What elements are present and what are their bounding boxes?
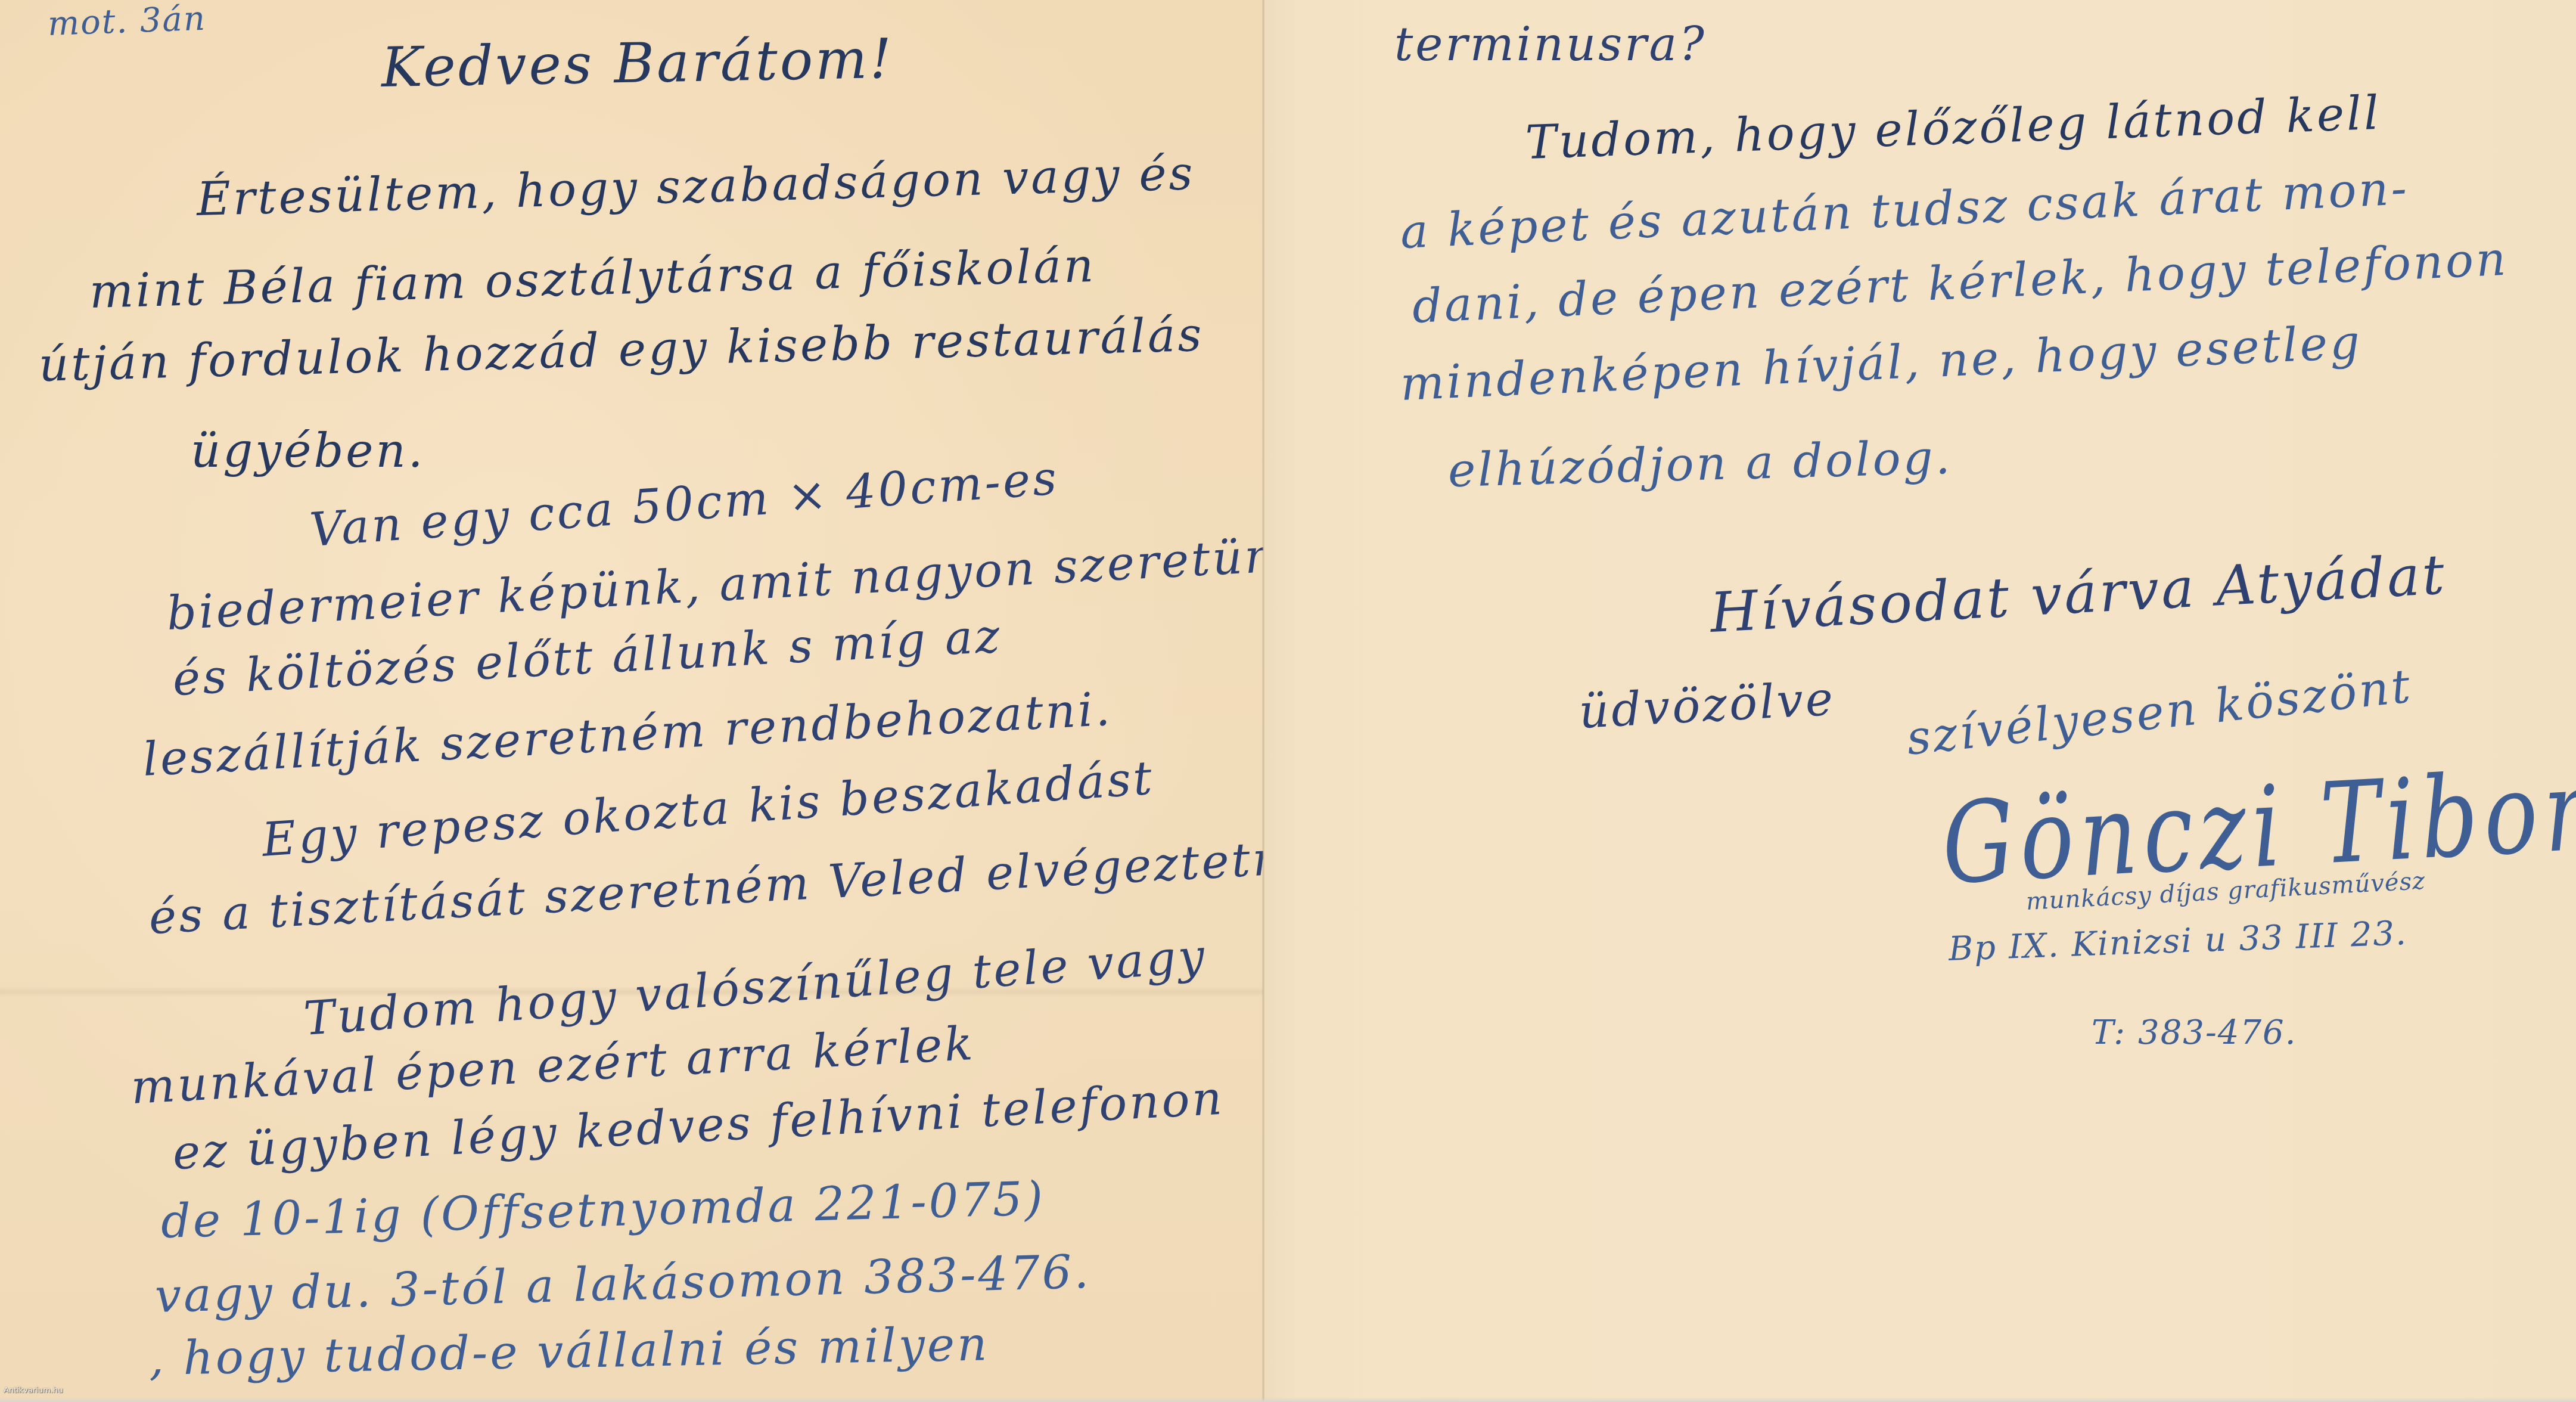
letter-page-right: terminusra? Tudom, hogy előzőleg látnod … xyxy=(1263,0,2576,1402)
paper-bottom-edge xyxy=(0,1397,2576,1402)
letter-line: ügyében. xyxy=(191,424,425,478)
letter-line: elhúzódjon a dolog. xyxy=(1447,431,1953,498)
page-seam xyxy=(1262,0,1264,1402)
letter-line: terminusra? xyxy=(1394,18,1707,72)
watermark-label: Antikvarium.hu xyxy=(4,1386,63,1395)
signer-address: Bp IX. Kinizsi u 33 III 23. xyxy=(1948,914,2408,969)
letter-line: mint Béla fiam osztálytársa a főiskolán xyxy=(89,239,1096,319)
letter-line: , hogy tudod-e vállalni és milyen xyxy=(148,1317,990,1386)
closing-line: Hívásodat várva Atyádat xyxy=(1708,542,2448,645)
date-note: mot. 3án xyxy=(47,0,207,44)
letter-line: útján fordulok hozzád egy kisebb restaur… xyxy=(38,308,1205,392)
letter-line: Tudom, hogy előzőleg látnod kell xyxy=(1524,86,2382,170)
letter-line: de 10-1ig (Offsetnyomda 221-075) xyxy=(160,1172,1046,1249)
signer-phone: T: 383-476. xyxy=(2092,1013,2297,1052)
letter-line: Értesültem, hogy szabadságon vagy és xyxy=(196,147,1196,227)
closing-regards: szívélyesen köszönt xyxy=(1904,659,2415,766)
letter-page-left: mot. 3án Kedves Barátom! Értesültem, hog… xyxy=(0,0,1263,1402)
letter-line: vagy du. 3-tól a lakásomon 383-476. xyxy=(154,1245,1092,1323)
letter-line: mindenképen hívjál, ne, hogy esetleg xyxy=(1399,316,2363,411)
salutation: Kedves Barátom! xyxy=(381,27,894,100)
closing-greeting: üdvözölve xyxy=(1578,672,1837,739)
